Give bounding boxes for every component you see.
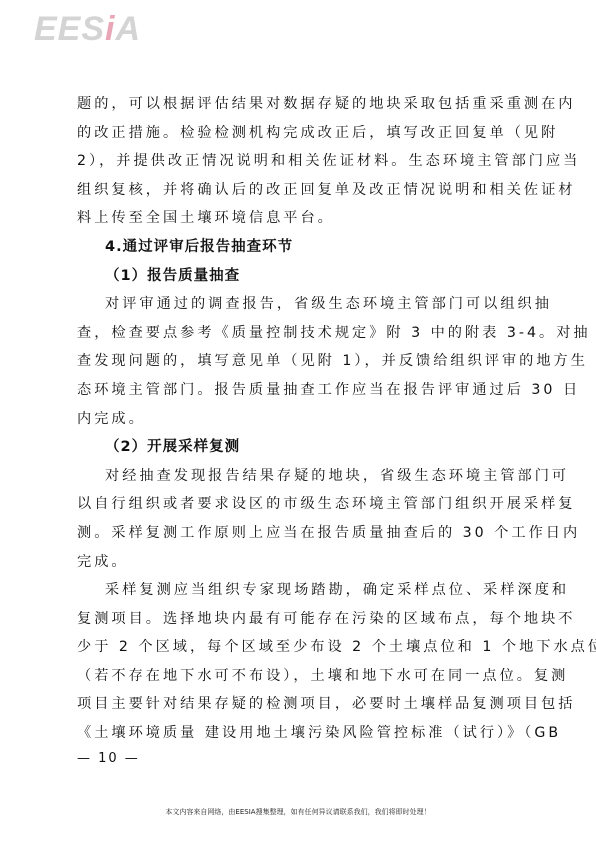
text-line: （若不存在地下水可不布设），土壤和地下水可在同一点位。复测 [77, 662, 529, 691]
document-body: 题的，可以根据评估结果对数据存疑的地块采取包括重采重测在内 的改正措施。检验检测… [77, 90, 529, 748]
text-line: 查，检查要点参考《质量控制技术规定》附 3 中的附表 3-4。对抽 [77, 319, 529, 348]
text-line: 料上传至全国土壤环境信息平台。 [77, 204, 529, 233]
text-line: 以自行组织或者要求设区的市级生态环境主管部门组织开展采样复 [77, 490, 529, 519]
text-line: 内完成。 [77, 405, 529, 434]
text-line: 对经抽查发现报告结果存疑的地块，省级生态环境主管部门可 [77, 462, 529, 491]
footer-disclaimer: 本文内容来自网络，由EESIA搜集整理，如有任何异议请联系我们，我们将即时处理！ [0, 807, 596, 817]
text-line: 的改正措施。检验检测机构完成改正后，填写改正回复单（见附 [77, 119, 529, 148]
logo-text: EES [34, 10, 105, 48]
text-line: 查发现问题的，填写意见单（见附 1），并反馈给组织评审的地方生 [77, 347, 529, 376]
subsection-heading: （2）开展采样复测 [77, 433, 529, 462]
section-heading: 4.通过评审后报告抽查环节 [77, 233, 529, 262]
text-line: 对评审通过的调查报告，省级生态环境主管部门可以组织抽 [77, 290, 529, 319]
page-number: — 10 — [77, 751, 140, 766]
text-line: 组织复核，并将确认后的改正回复单及改正情况说明和相关佐证材 [77, 176, 529, 205]
text-line: 采样复测应当组织专家现场踏勘，确定采样点位、采样深度和 [77, 576, 529, 605]
text-line: 《土壤环境质量 建设用地土壤污染风险管控标准（试行）》（GB [77, 719, 529, 748]
text-line: 2），并提供改正情况说明和相关佐证材料。生态环境主管部门应当 [77, 147, 529, 176]
eesia-logo: EESiA [34, 10, 141, 49]
text-line: 题的，可以根据评估结果对数据存疑的地块采取包括重采重测在内 [77, 90, 529, 119]
text-line: 少于 2 个区域，每个区域至少布设 2 个土壤点位和 1 个地下水点位 [77, 633, 529, 662]
text-line: 项目主要针对结果存疑的检测项目，必要时土壤样品复测项目包括 [77, 690, 529, 719]
logo-text-end: A [116, 10, 142, 48]
text-line: 复测项目。选择地块内最有可能存在污染的区域布点，每个地块不 [77, 605, 529, 634]
text-line: 完成。 [77, 548, 529, 577]
text-line: 态环境主管部门。报告质量抽查工作应当在报告评审通过后 30 日 [77, 376, 529, 405]
text-line: 测。采样复测工作原则上应当在报告质量抽查后的 30 个工作日内 [77, 519, 529, 548]
subsection-heading: （1）报告质量抽查 [77, 262, 529, 291]
logo-i: i [105, 10, 115, 48]
